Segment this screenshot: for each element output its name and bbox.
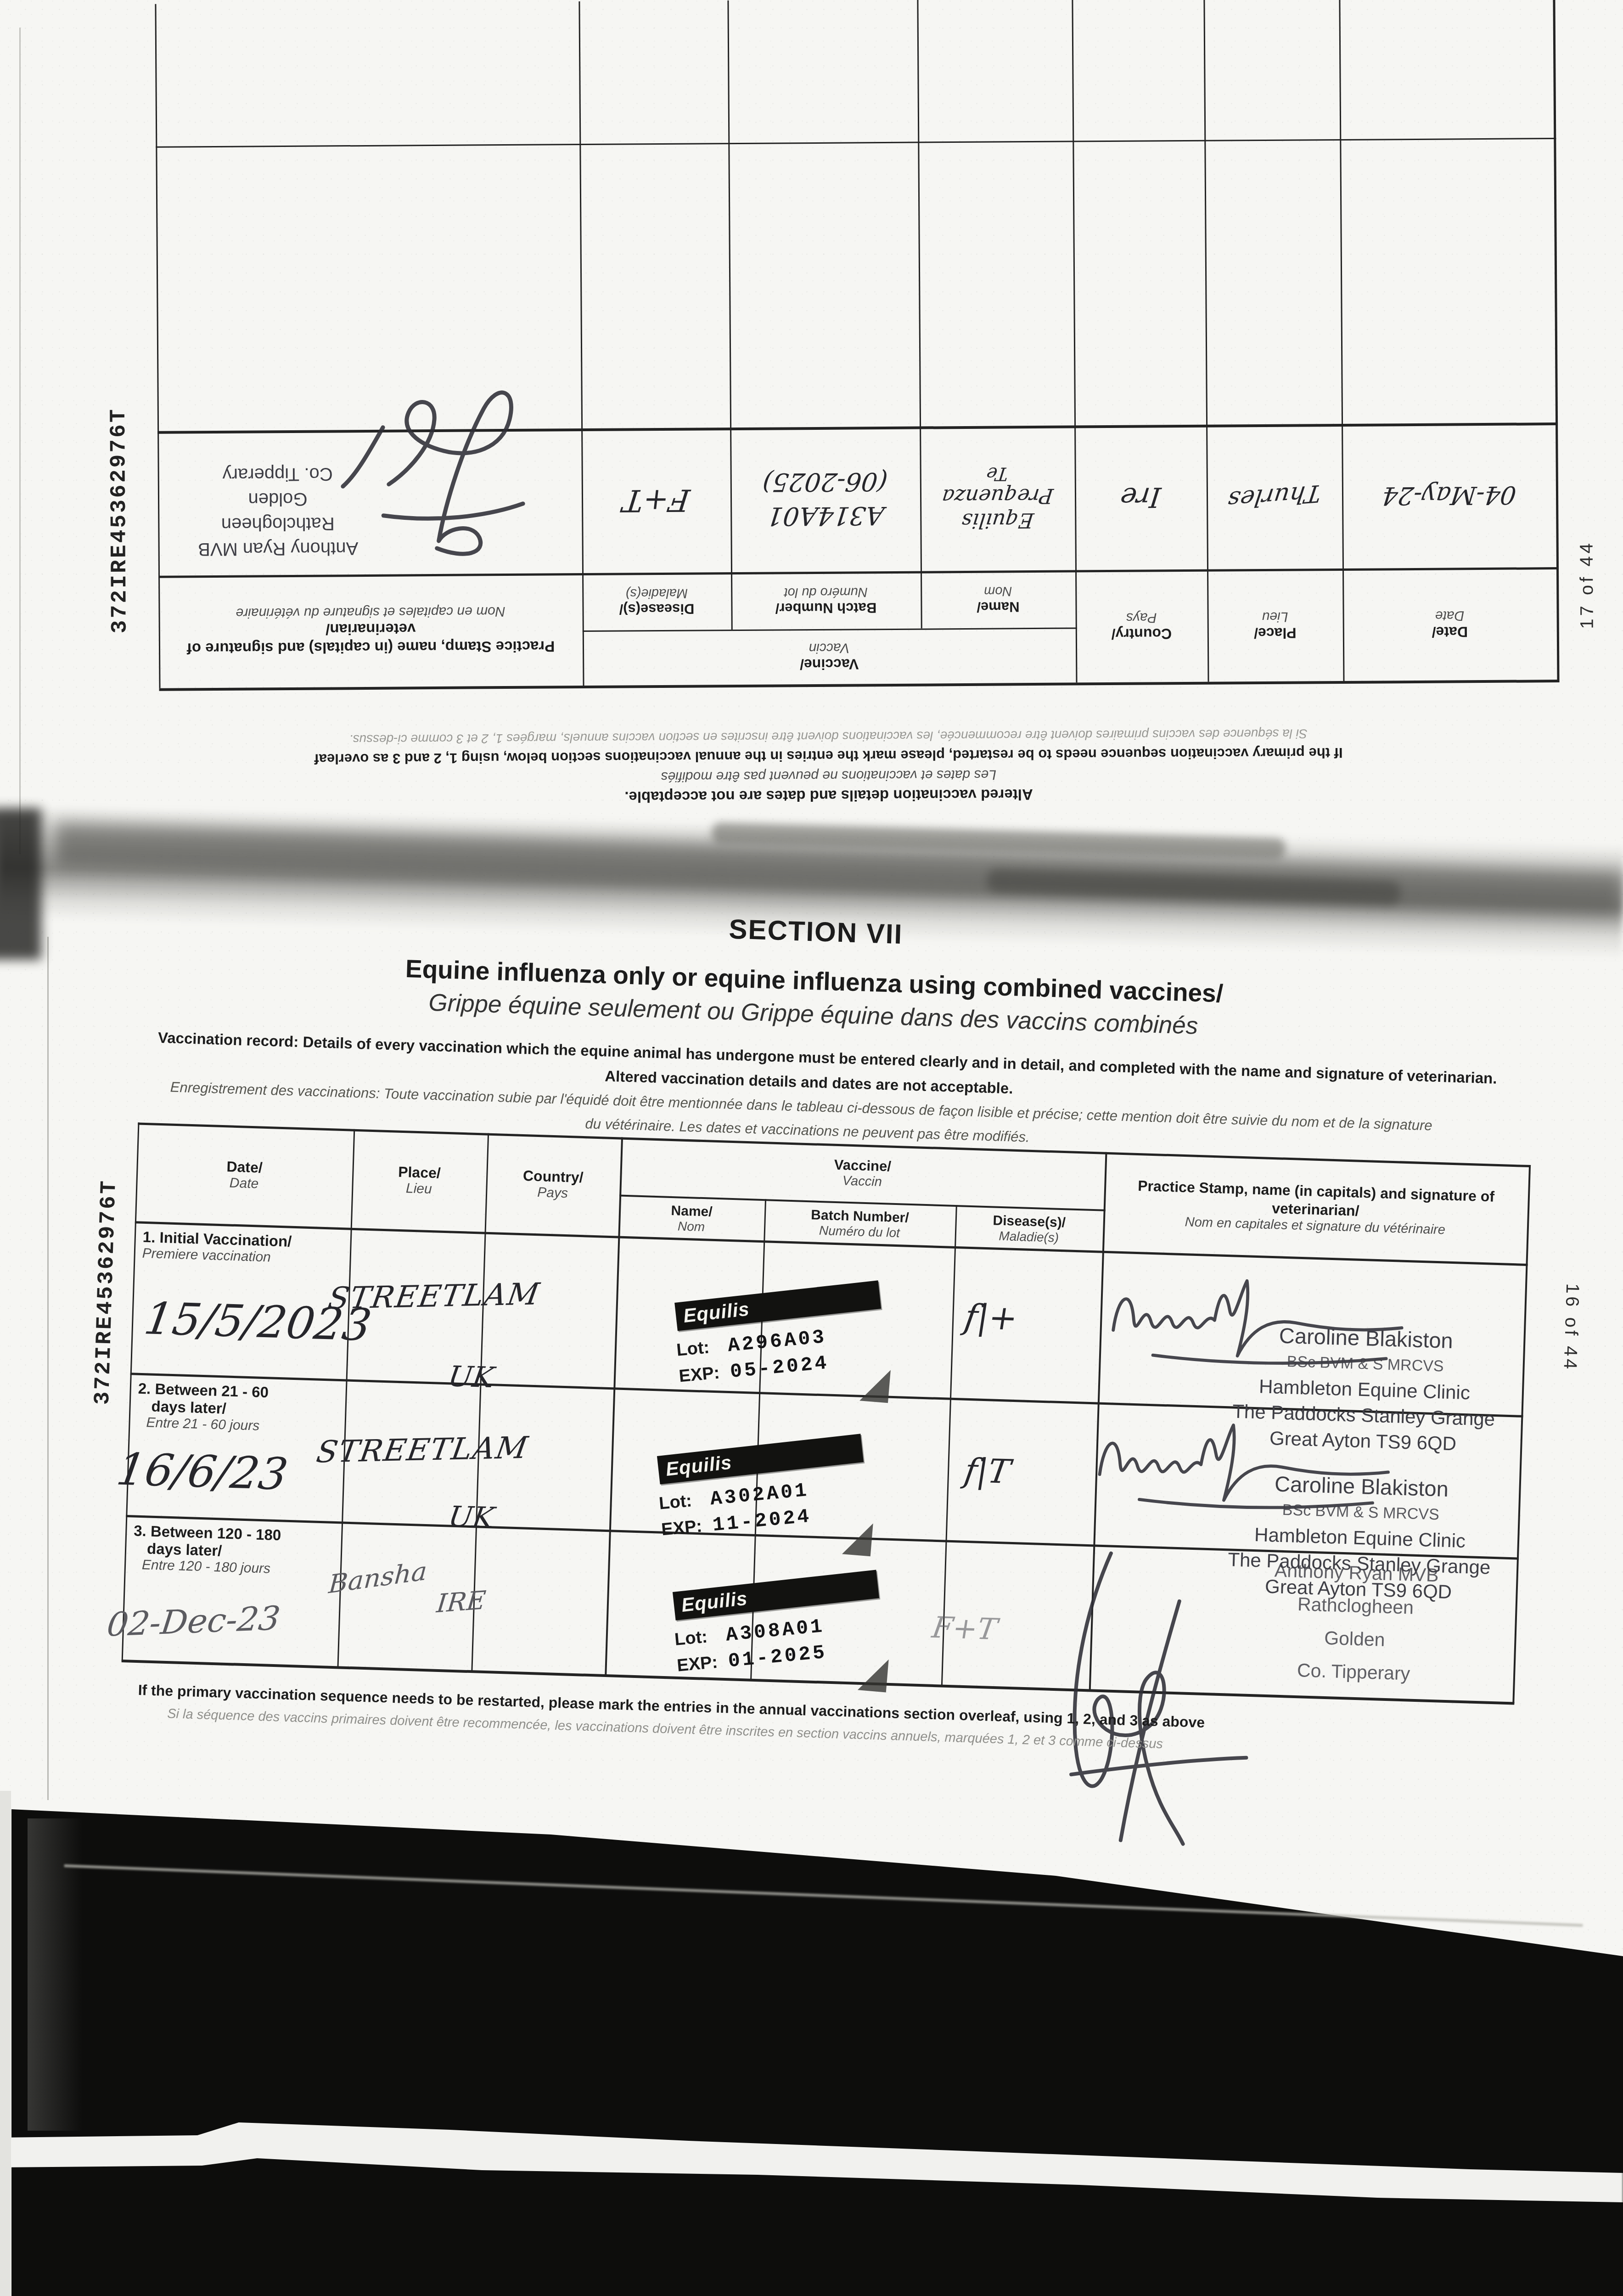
front-sheet-id: 372IRE45362976T [90,1102,124,1405]
scan-left-margin [0,1791,11,2296]
sticker-brand: Equilis [673,1587,749,1617]
back-page: 372IRE45362976T 17 of 44 Anthony Ryan MV… [0,0,1623,845]
row1-label: 1. Initial Vaccination/ Premiere vaccina… [142,1228,349,1268]
row2-place-country: UK [449,1500,495,1535]
stamp-line: Anthony Ryan MVB [180,536,377,562]
back-practice-stamp-text: Anthony Ryan MVB Rathclogheen Golden Co.… [179,461,377,562]
sticker-brand-strip: Equilis [657,1434,864,1484]
back-header-name: Name/ Nom [921,570,1076,628]
front-header-date: Date/ Date [135,1122,354,1227]
row1-vaccine-sticker: Equilis Lot: A296A03 EXP: 05-2024 [669,1289,892,1406]
sticker-exp-value: 05-2024 [729,1352,830,1384]
back-header-vaccine-group: Vaccine/ Vaccin [583,627,1076,686]
stamp-line: Rathclogheen [179,511,376,537]
sticker-corner-fold-icon [859,1367,891,1403]
back-entry-disease: F+T [581,428,731,573]
row2-label: 2. Between 21 - 60 days later/ Entre 21 … [137,1380,345,1437]
back-entry-country: Ire [1074,425,1207,570]
back-header-disease: Disease(s)/ Maladie(s) [582,572,731,630]
row3-place: Bansha [330,1562,427,1594]
row2-date: 16/6/23 [117,1443,288,1500]
back-page-number: 17 of 44 [1576,432,1598,629]
sticker-exp-label: EXP: [676,1652,729,1676]
back-entry-stamp-cell: Anthony Ryan MVB Rathclogheen Golden Co.… [157,428,582,576]
front-page: SECTION VII Equine influenza only or equ… [0,872,1622,1932]
scanned-passport-page: 372IRE45362976T 17 of 44 Anthony Ryan MV… [0,0,1623,2296]
sticker-lot-value: A308A01 [725,1615,826,1647]
front-header-disease: Disease(s)/ Maladie(s) [955,1205,1104,1253]
row1-disease: f|+ [964,1297,1018,1338]
stamp-line: Co. Tipperary [179,461,376,488]
row2-vaccine-sticker: Equilis Lot: A302A01 EXP: 11-2024 [651,1442,874,1559]
row3-signature [1036,1542,1284,1852]
row1-place: STREETLAM [329,1275,539,1317]
sticker-lot-value: A296A03 [727,1326,827,1357]
back-entry-date: 04-May-24 [1342,422,1556,568]
sticker-lot-value: A302A01 [709,1479,810,1511]
sticker-exp-value: 11-2024 [712,1505,812,1537]
back-header-batch: Batch Number/ Numéro du lot [731,571,921,630]
stamp-line: Golden [179,486,376,512]
row3-vaccine-sticker: Equilis Lot: A308A01 EXP: 01-2025 [667,1578,889,1695]
sticker-exp-label: EXP: [661,1515,713,1540]
front-header-stamp: Practice Stamp, name (in capitals) and s… [1102,1152,1529,1264]
back-header-country: Country/ Pays [1075,569,1207,683]
sticker-lot-label: Lot: [676,1336,729,1361]
sticker-lot-label: Lot: [658,1490,711,1514]
sticker-brand-strip: Equilis [674,1280,881,1331]
row2-place: STREETLAM [317,1429,528,1471]
back-header-stamp: Practice Stamp, name (in capitals) and s… [158,573,583,688]
back-header-date: Date/ Date [1342,567,1557,681]
front-header-place: Place/ Lieu [351,1129,488,1232]
front-header-country: Country/ Pays [485,1133,621,1236]
row3-disease: F+T [932,1611,998,1647]
row3-country: IRE [437,1587,486,1618]
sticker-corner-fold-icon [842,1521,873,1556]
back-sheet-id: 372IRE45362976T [106,344,133,633]
sticker-exp-value: 01-2025 [727,1641,828,1673]
section-title: SECTION VII [411,903,1220,960]
row3-date: 02-Dec-23 [107,1599,280,1643]
back-entry-batch: A314A01 (06-2025) [730,427,921,573]
row3-label: 3. Between 120 - 180 days later/ Entre 1… [133,1522,345,1579]
back-entry-vaccine-name: Equilis Prequenza Te [920,426,1075,571]
back-entry-place: Thurles [1206,424,1342,569]
sticker-brand: Equilis [657,1451,733,1481]
front-page-number: 16 of 44 [1557,1283,1583,1449]
row1-place-country: UK [448,1359,494,1394]
row2-disease: f|T [964,1451,1011,1491]
sticker-exp-label: EXP: [678,1362,731,1386]
sticker-corner-fold-icon [858,1657,889,1693]
back-notes: Altered vaccination details and dates ar… [195,703,1463,830]
back-header-place: Place/ Lieu [1207,568,1343,682]
front-header-name: Name/ Nom [618,1195,765,1243]
sticker-lot-label: Lot: [674,1626,726,1650]
sticker-brand: Equilis [675,1298,751,1328]
front-header-batch: Batch Number/ Numéro du lot [764,1199,956,1249]
sticker-brand-strip: Equilis [673,1570,879,1621]
